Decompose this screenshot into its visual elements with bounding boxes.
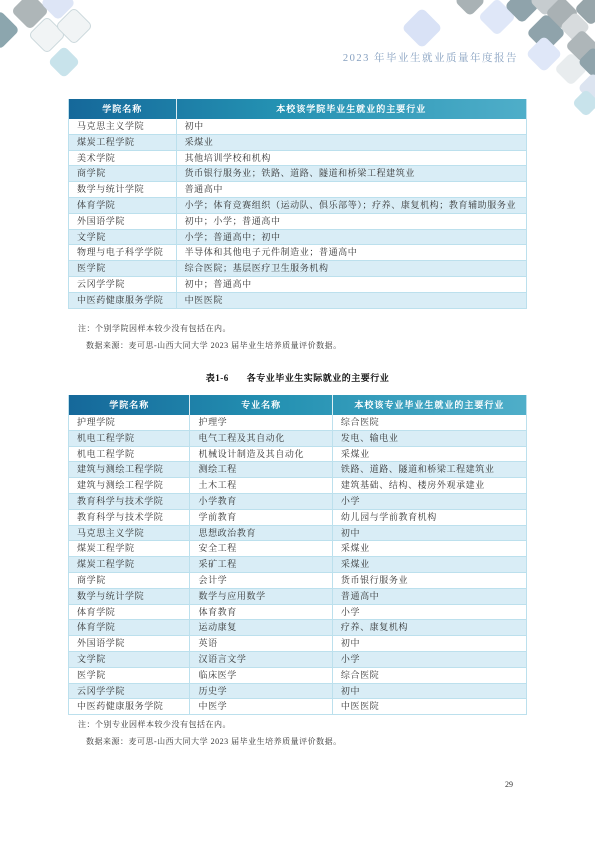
table-cell: 思想政治教育 [190, 526, 332, 541]
table-cell: 土木工程 [190, 478, 332, 493]
table-cell: 小学 [333, 494, 526, 509]
table-cell: 初中 [333, 526, 526, 541]
table-cell: 建筑基础、结构、楼房外观承建业 [333, 478, 526, 493]
column-header: 本校该学院毕业生就业的主要行业 [177, 99, 526, 119]
table-row: 护理学院护理学综合医院 [69, 415, 526, 431]
table-cell: 初中 [333, 684, 526, 699]
table-cell: 体育学院 [69, 605, 190, 620]
table-cell: 综合医院 [333, 415, 526, 430]
table-cell: 货币银行服务业 [333, 573, 526, 588]
table-cell: 汉语言文学 [190, 652, 332, 667]
table-row: 中医药健康服务学院中医学中医医院 [69, 699, 526, 715]
table-cell: 小学 [333, 652, 526, 667]
diamond-decoration [48, 46, 81, 79]
table-cell: 体育学院 [69, 620, 190, 635]
report-header-title: 2023 年毕业生就业质量年度报告 [343, 50, 518, 65]
table-cell: 采煤业 [177, 135, 526, 150]
table-cell: 初中；小学；普通高中 [177, 214, 526, 229]
table-cell: 幼儿园与学前教育机构 [333, 510, 526, 525]
table-cell: 数学与应用数学 [190, 589, 332, 604]
table-cell: 云冈学学院 [69, 277, 177, 292]
table-header-row: 学院名称专业名称本校该专业毕业生就业的主要行业 [69, 395, 526, 415]
table-row: 教育科学与技术学院学前教育幼儿园与学前教育机构 [69, 510, 526, 526]
major-industry-table: 学院名称专业名称本校该专业毕业生就业的主要行业护理学院护理学综合医院机电工程学院… [68, 395, 527, 715]
column-header: 学院名称 [69, 395, 190, 415]
table-cell: 商学院 [69, 573, 190, 588]
table-cell: 中医药健康服务学院 [69, 699, 190, 714]
table-cell: 医学院 [69, 668, 190, 683]
table-row: 文学院小学；普通高中；初中 [69, 230, 526, 246]
table-cell: 小学；体育竞赛组织（运动队、俱乐部等）；疗养、康复机构；教育辅助服务业 [177, 198, 526, 213]
table-cell: 建筑与测绘工程学院 [69, 478, 190, 493]
table-cell: 煤炭工程学院 [69, 557, 190, 572]
table-header-row: 学院名称本校该学院毕业生就业的主要行业 [69, 99, 526, 119]
table-cell: 数学与统计学院 [69, 182, 177, 197]
table-row: 机电工程学院电气工程及其自动化发电、输电业 [69, 431, 526, 447]
table-row: 数学与统计学院数学与应用数学普通高中 [69, 589, 526, 605]
table-cell: 云冈学学院 [69, 684, 190, 699]
table-cell: 教育科学与技术学院 [69, 494, 190, 509]
table-cell: 马克思主义学院 [69, 119, 177, 134]
table-cell: 学前教育 [190, 510, 332, 525]
table-cell: 初中 [177, 119, 526, 134]
table-cell: 中医医院 [333, 699, 526, 714]
table-cell: 疗养、康复机构 [333, 620, 526, 635]
table-cell: 电气工程及其自动化 [190, 431, 332, 446]
table-cell: 历史学 [190, 684, 332, 699]
table1-note: 注：个别学院因样本较少没有包括在内。 [78, 323, 231, 334]
table-cell: 货币银行服务业；铁路、道路、隧道和桥梁工程建筑业 [177, 166, 526, 181]
table-cell: 中医学 [190, 699, 332, 714]
table-row: 中医药健康服务学院中医医院 [69, 293, 526, 309]
column-header: 学院名称 [69, 99, 177, 119]
table2-data-source: 数据来源：麦可思-山西大同大学 2023 届毕业生培养质量评价数据。 [86, 736, 342, 747]
table-row: 煤炭工程学院采矿工程采煤业 [69, 557, 526, 573]
college-industry-table: 学院名称本校该学院毕业生就业的主要行业马克思主义学院初中煤炭工程学院采煤业美术学… [68, 99, 527, 309]
table-cell: 小学；普通高中；初中 [177, 230, 526, 245]
table-cell: 教育科学与技术学院 [69, 510, 190, 525]
table2-caption-title: 各专业毕业生实际就业的主要行业 [247, 373, 390, 383]
column-header: 专业名称 [190, 395, 332, 415]
table-cell: 运动康复 [190, 620, 332, 635]
table-cell: 机电工程学院 [69, 447, 190, 462]
table-cell: 普通高中 [177, 182, 526, 197]
table-cell: 测绘工程 [190, 462, 332, 477]
table-cell: 临床医学 [190, 668, 332, 683]
table-row: 数学与统计学院普通高中 [69, 182, 526, 198]
table-cell: 煤炭工程学院 [69, 135, 177, 150]
table-cell: 马克思主义学院 [69, 526, 190, 541]
table-cell: 外国语学院 [69, 636, 190, 651]
table-cell: 采煤业 [333, 541, 526, 556]
table-cell: 采煤业 [333, 447, 526, 462]
table-row: 物理与电子科学学院半导体和其他电子元件制造业；普通高中 [69, 245, 526, 261]
table-cell: 采煤业 [333, 557, 526, 572]
table-cell: 医学院 [69, 261, 177, 276]
table2-caption: 表1-6各专业毕业生实际就业的主要行业 [68, 371, 527, 384]
table-row: 煤炭工程学院采煤业 [69, 135, 526, 151]
table-cell: 采矿工程 [190, 557, 332, 572]
table-cell: 会计学 [190, 573, 332, 588]
table-cell: 体育学院 [69, 198, 177, 213]
table-cell: 体育教育 [190, 605, 332, 620]
table-cell: 文学院 [69, 230, 177, 245]
table-cell: 发电、输电业 [333, 431, 526, 446]
table-cell: 商学院 [69, 166, 177, 181]
table-cell: 中医医院 [177, 293, 526, 308]
table-cell: 半导体和其他电子元件制造业；普通高中 [177, 245, 526, 260]
table-cell: 外国语学院 [69, 214, 177, 229]
table-row: 马克思主义学院思想政治教育初中 [69, 526, 526, 542]
document-page: 2023 年毕业生就业质量年度报告 学院名称本校该学院毕业生就业的主要行业马克思… [0, 0, 595, 842]
table-row: 建筑与测绘工程学院测绘工程铁路、道路、隧道和桥梁工程建筑业 [69, 462, 526, 478]
table-cell: 初中 [333, 636, 526, 651]
table-row: 商学院会计学货币银行服务业 [69, 573, 526, 589]
table-cell: 综合医院；基层医疗卫生服务机构 [177, 261, 526, 276]
table-cell: 机械设计制造及其自动化 [190, 447, 332, 462]
table-row: 医学院临床医学综合医院 [69, 668, 526, 684]
table-row: 文学院汉语言文学小学 [69, 652, 526, 668]
column-header: 本校该专业毕业生就业的主要行业 [333, 395, 526, 415]
table-row: 机电工程学院机械设计制造及其自动化采煤业 [69, 447, 526, 463]
table-cell: 初中；普通高中 [177, 277, 526, 292]
table-row: 马克思主义学院初中 [69, 119, 526, 135]
table-row: 煤炭工程学院安全工程采煤业 [69, 541, 526, 557]
table-cell: 英语 [190, 636, 332, 651]
table-cell: 护理学院 [69, 415, 190, 430]
table-cell: 数学与统计学院 [69, 589, 190, 604]
table-row: 云冈学学院历史学初中 [69, 684, 526, 700]
table-row: 建筑与测绘工程学院土木工程建筑基础、结构、楼房外观承建业 [69, 478, 526, 494]
table-cell: 煤炭工程学院 [69, 541, 190, 556]
table2-note: 注：个别专业因样本较少没有包括在内。 [78, 719, 231, 730]
table-cell: 普通高中 [333, 589, 526, 604]
table-cell: 物理与电子科学学院 [69, 245, 177, 260]
table-row: 商学院货币银行服务业；铁路、道路、隧道和桥梁工程建筑业 [69, 166, 526, 182]
table-cell: 护理学 [190, 415, 332, 430]
table-cell: 其他培训学校和机构 [177, 151, 526, 166]
table-cell: 美术学院 [69, 151, 177, 166]
table-cell: 小学教育 [190, 494, 332, 509]
table2-caption-label: 表1-6 [206, 373, 229, 383]
table-cell: 机电工程学院 [69, 431, 190, 446]
table-row: 云冈学学院初中；普通高中 [69, 277, 526, 293]
table-cell: 小学 [333, 605, 526, 620]
table-cell: 铁路、道路、隧道和桥梁工程建筑业 [333, 462, 526, 477]
table-row: 教育科学与技术学院小学教育小学 [69, 494, 526, 510]
table-row: 外国语学院英语初中 [69, 636, 526, 652]
table-row: 体育学院运动康复疗养、康复机构 [69, 620, 526, 636]
page-number: 29 [505, 780, 513, 789]
table-cell: 综合医院 [333, 668, 526, 683]
table-row: 美术学院其他培训学校和机构 [69, 151, 526, 167]
table1-data-source: 数据来源：麦可思-山西大同大学 2023 届毕业生培养质量评价数据。 [86, 340, 342, 351]
diamond-decoration [401, 7, 442, 48]
table-cell: 安全工程 [190, 541, 332, 556]
table-cell: 建筑与测绘工程学院 [69, 462, 190, 477]
table-row: 体育学院小学；体育竞赛组织（运动队、俱乐部等）；疗养、康复机构；教育辅助服务业 [69, 198, 526, 214]
table-row: 外国语学院初中；小学；普通高中 [69, 214, 526, 230]
table-cell: 中医药健康服务学院 [69, 293, 177, 308]
table-row: 医学院综合医院；基层医疗卫生服务机构 [69, 261, 526, 277]
table-cell: 文学院 [69, 652, 190, 667]
table-row: 体育学院体育教育小学 [69, 605, 526, 621]
